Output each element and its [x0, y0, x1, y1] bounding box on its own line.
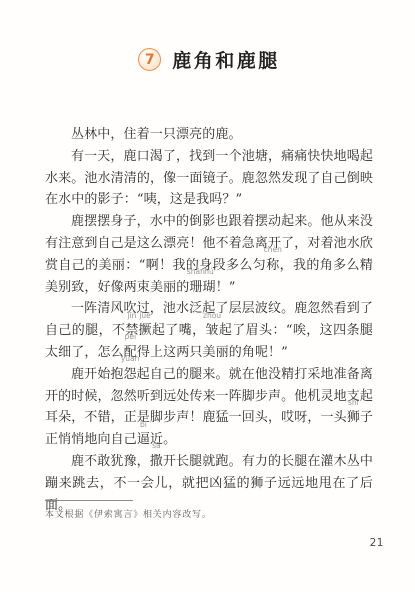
pinyin-annotation: sā	[152, 442, 161, 450]
pinyin-annotation: bī	[140, 421, 147, 429]
textbook-page: 7 鹿角和鹿腿 丛林中，住着一只漂亮的鹿。有一天，鹿口渴了，找到一个池塘，痛痛快…	[0, 0, 415, 592]
annotated-char: sā撒	[150, 451, 163, 473]
annotated-char: zhòu皱	[205, 320, 218, 342]
annotated-char: shān珊	[189, 277, 202, 299]
paragraph: 鹿摆摆身子，水中的倒影也跟着摆动起来。他从来没有注意到自己是这么漂亮！他不着急离…	[45, 211, 373, 298]
paragraph: 丛林中，住着一只漂亮的鹿。	[45, 124, 373, 146]
annotated-char: bī逼	[137, 429, 150, 451]
annotated-char: chèn称	[266, 255, 279, 277]
annotated-char: yuàn怨	[124, 364, 137, 386]
pinyin-annotation: zhòu	[203, 312, 221, 320]
annotated-char: shī狮	[347, 407, 360, 429]
lesson-body: 丛林中，住着一只漂亮的鹿。有一天，鹿口渴了，找到一个池塘，痛痛快快地喝起水来。池…	[45, 124, 373, 516]
paragraph: 有一天，鹿口渴了，找到一个池塘，痛痛快快地喝起水来。池水清清的，像一面镜子。鹿忽…	[45, 146, 373, 211]
pinyin-annotation: yuàn	[121, 355, 140, 363]
lesson-title-row: 7 鹿角和鹿腿	[45, 46, 373, 73]
pinyin-annotation: jīn	[127, 312, 136, 320]
paragraph: 一阵清风吹过，池水泛起了层层波纹。鹿忽然看到了自己的腿，不jīn禁juē撅起了嘴…	[45, 298, 373, 363]
footnote-divider	[45, 500, 133, 501]
annotated-char: hú瑚	[202, 277, 215, 299]
pinyin-annotation: pèi	[125, 333, 136, 341]
lesson-title: 鹿角和鹿腿	[172, 46, 280, 73]
pinyin-annotation: hú	[204, 268, 214, 276]
paragraph: 鹿开始抱yuàn怨起自己的腿来。就在他没精打采地准备离开的时候，忽然听到远处传来…	[45, 364, 373, 451]
pinyin-annotation: shān	[187, 268, 205, 276]
page-number: 21	[370, 537, 384, 549]
pinyin-annotation: shī	[348, 399, 359, 407]
pinyin-annotation: juē	[139, 312, 150, 320]
pinyin-annotation: chèn	[264, 246, 282, 254]
footnote-text: 本文根据《伊索寓言》相关内容改写。	[45, 507, 373, 520]
lesson-number-badge: 7	[138, 48, 161, 71]
footnote-block: 本文根据《伊索寓言》相关内容改写。	[45, 500, 373, 520]
annotated-char: juē撅	[139, 320, 152, 342]
